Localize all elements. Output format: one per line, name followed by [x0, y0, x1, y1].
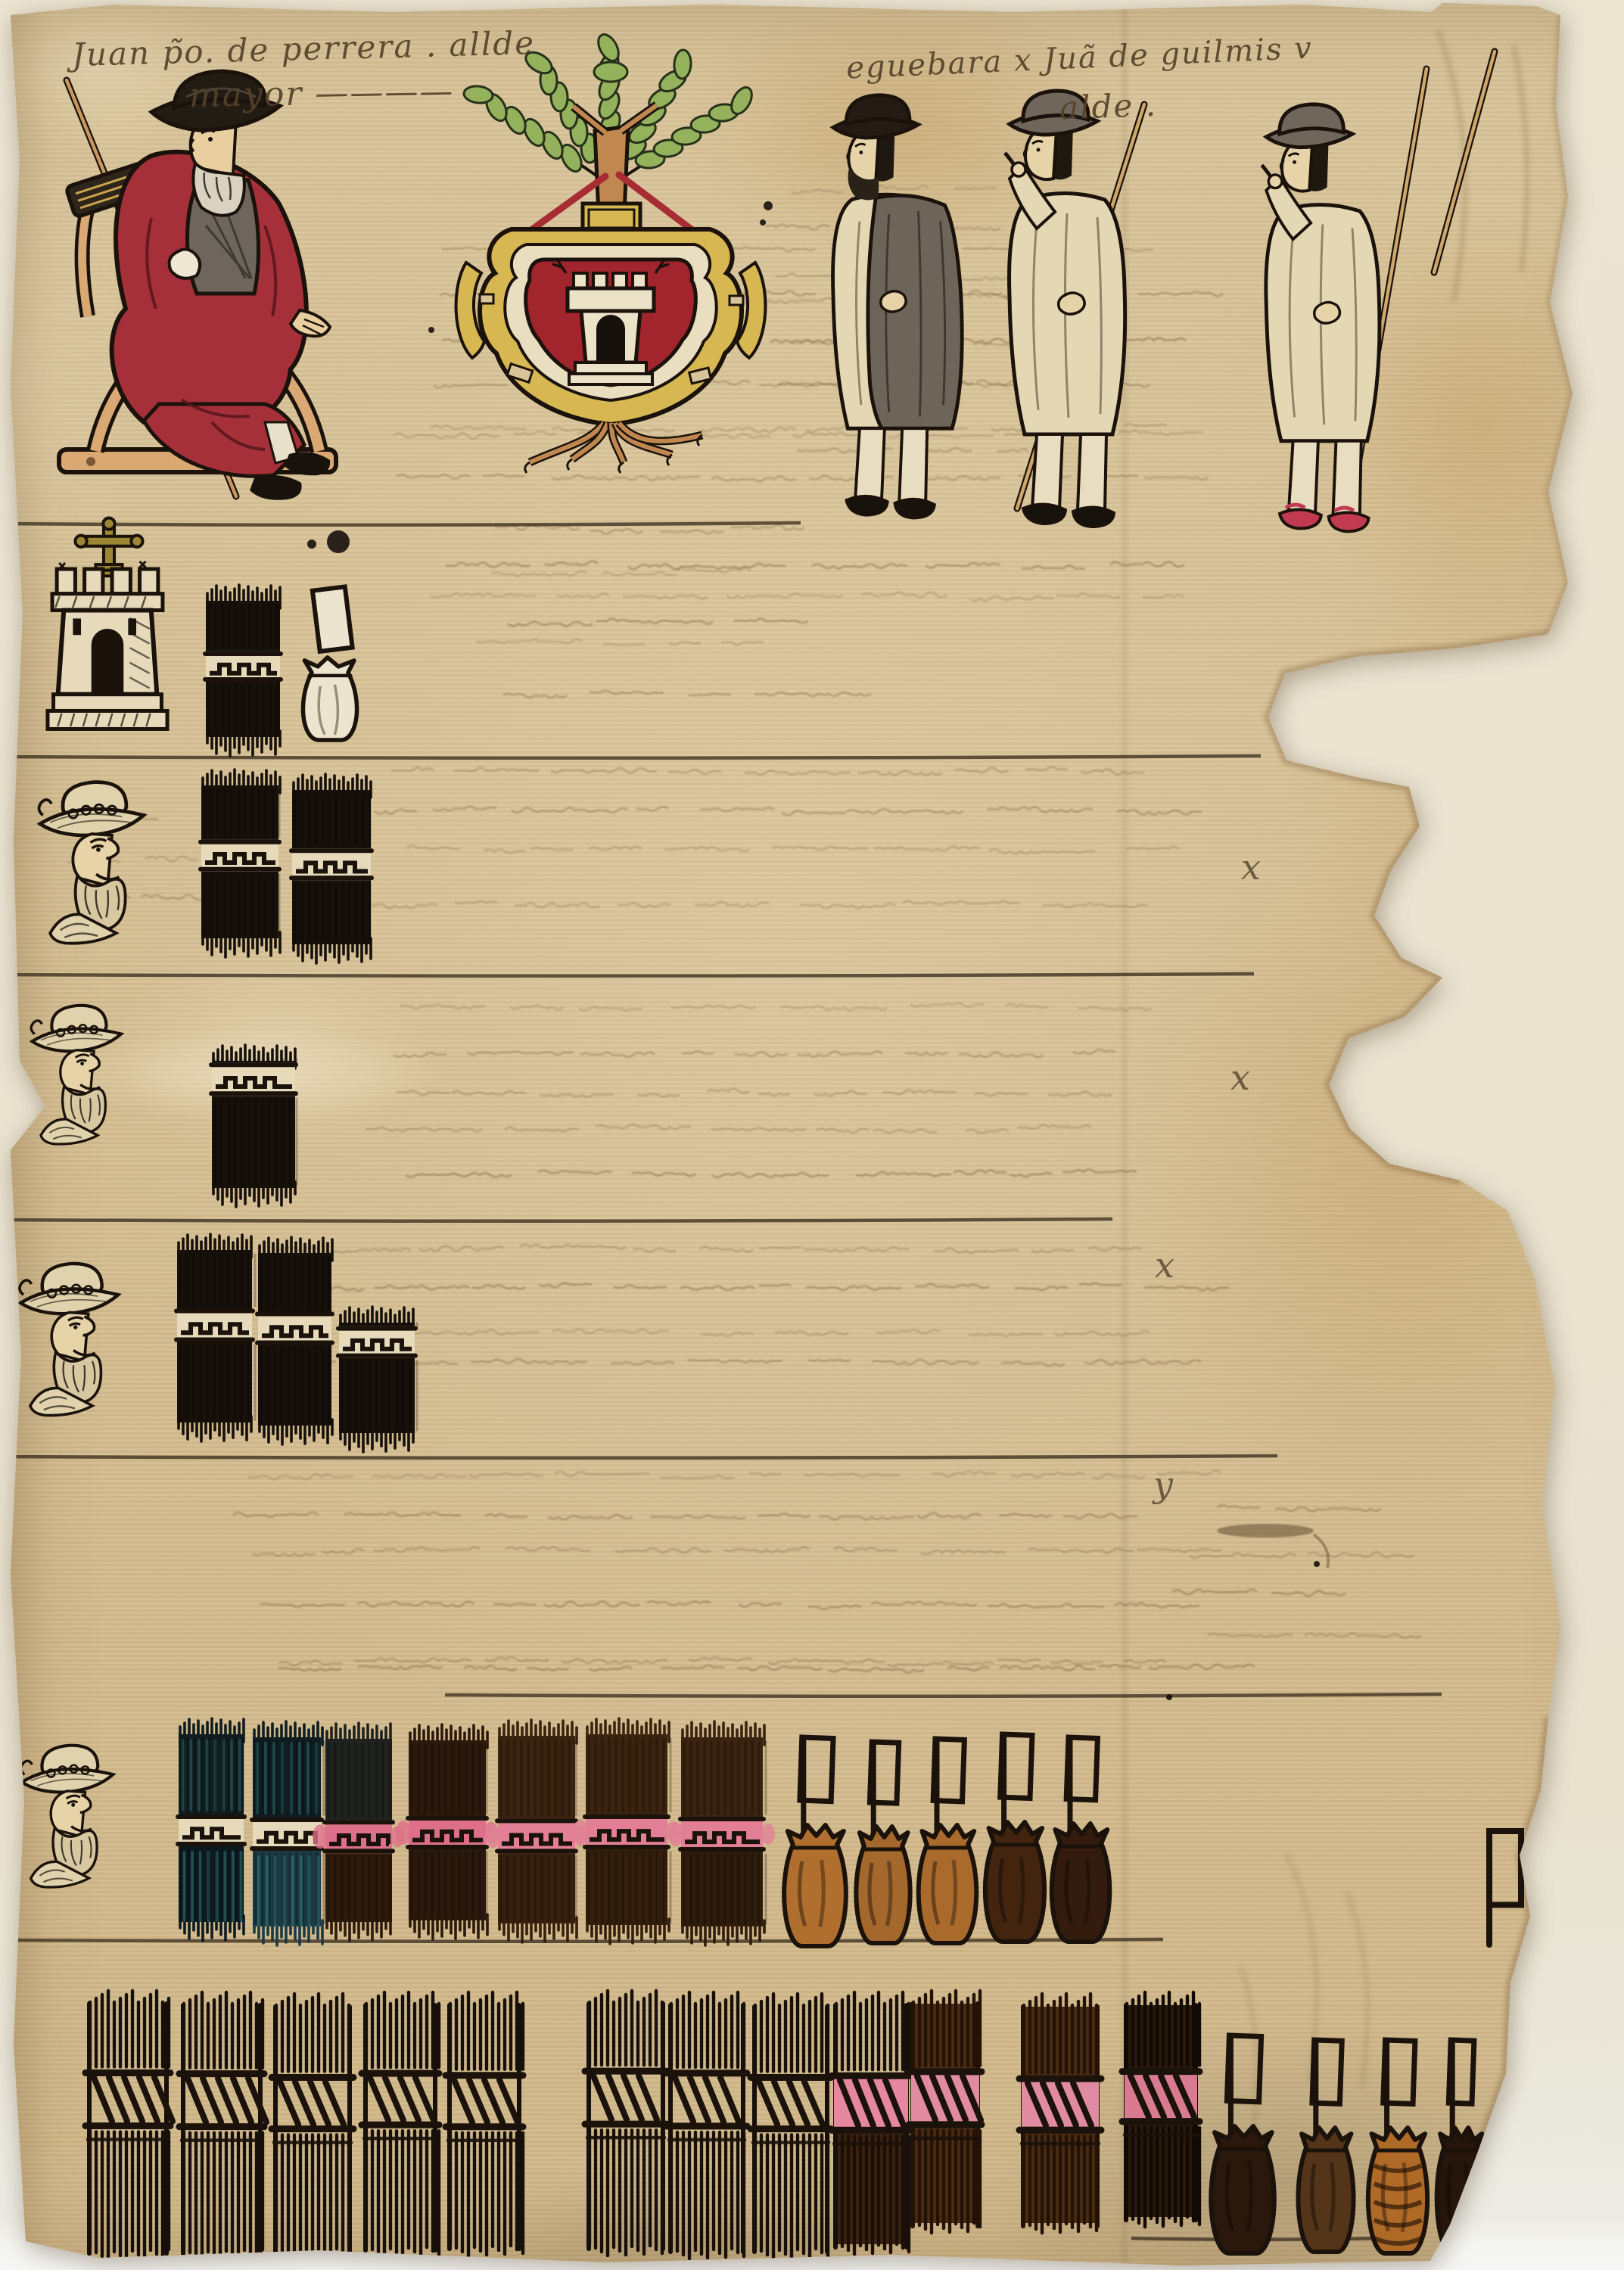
- ink-spot: [1595, 1769, 1601, 1775]
- manta-glyph: [291, 774, 372, 963]
- striped-manta-glyph: [909, 1991, 982, 2233]
- manta-glyph: [313, 1723, 404, 1941]
- codex-artwork-layer: xxxy: [0, 0, 1624, 2270]
- manuscript-paper: xxxy Juan p̃o. de perrera . allde mayor …: [0, 0, 1624, 2270]
- manta-glyph: [338, 1307, 417, 1452]
- manta-glyph: [201, 770, 280, 957]
- manta-glyph: [205, 585, 281, 756]
- manta-glyph: [396, 1724, 498, 1939]
- ink-spot: [1314, 1561, 1320, 1567]
- striped-manta-glyph: [1122, 1992, 1199, 2227]
- striped-manta-glyph: [585, 1991, 667, 2256]
- ink-spot: [327, 530, 350, 553]
- margin-mark: x: [1155, 1245, 1174, 1286]
- manta-glyph: [178, 1718, 244, 1941]
- manta-glyph: [257, 1237, 332, 1444]
- ink-spot: [307, 540, 316, 549]
- manta-glyph: [211, 1045, 297, 1207]
- paper-wrap: xxxy Juan p̃o. de perrera . allde mayor …: [0, 0, 1624, 2270]
- ink-spot: [760, 219, 766, 225]
- manta-glyph: [485, 1720, 587, 1942]
- manta-glyph: [573, 1718, 680, 1944]
- ink-spot: [428, 327, 434, 333]
- margin-mark: x: [1241, 847, 1261, 888]
- striped-manta-glyph: [1019, 1994, 1101, 2233]
- margin-mark: y: [1152, 1464, 1174, 1505]
- ink-spot: [764, 201, 773, 210]
- ink-spot: [1166, 1694, 1172, 1700]
- manta-glyph: [668, 1721, 775, 1945]
- caption-top-right-line2: alde .: [1059, 86, 1158, 126]
- caption-top-left-line2: mayor ————: [189, 72, 455, 115]
- scanned-codex-page: xxxy Juan p̃o. de perrera . allde mayor …: [0, 0, 1624, 2270]
- manta-glyph: [176, 1234, 255, 1441]
- margin-mark: x: [1230, 1057, 1250, 1098]
